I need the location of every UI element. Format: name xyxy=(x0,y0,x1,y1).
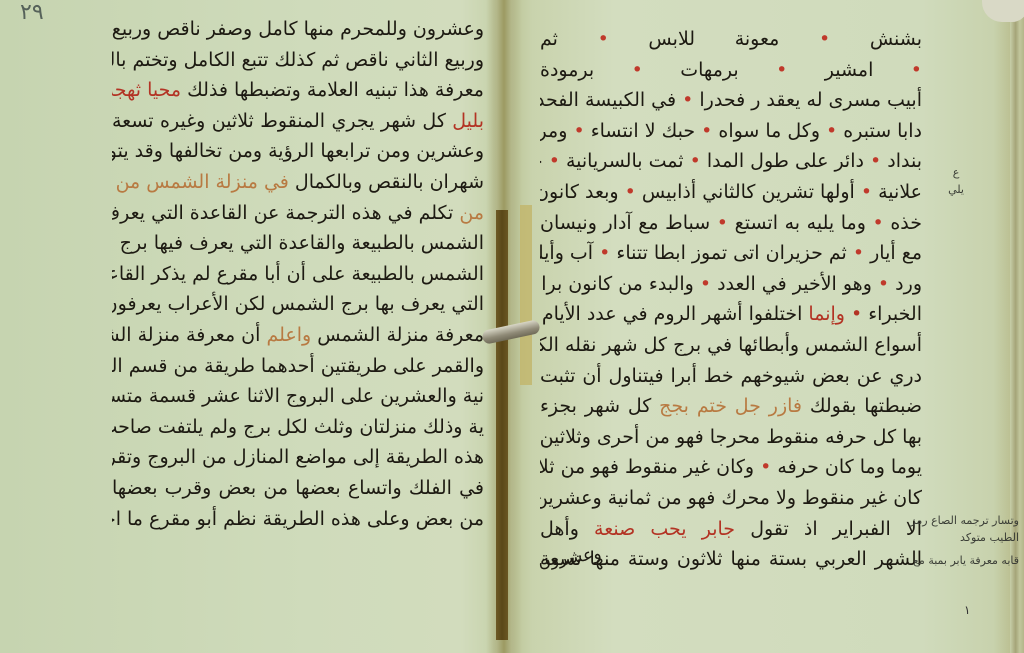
rubric-ochre: من xyxy=(459,202,484,224)
text-line: من بعض وعلى هذه الطريقة نظم أبو مقرع ما … xyxy=(112,504,484,535)
margin-note-bottom: وتسار ترجمه الصاع رمزالطيب متوكدقابه معر… xyxy=(895,512,1019,569)
text-line: الا الفبراير اذ تقول جابر يحب صنعة وأهل xyxy=(540,514,922,545)
red-verse-marker: • xyxy=(549,150,560,172)
red-verse-marker: • xyxy=(682,89,693,111)
margin-note-top: عيلي xyxy=(936,164,976,198)
text-line: أسواع الشمس وأبطائها في برج كل شهر نقله … xyxy=(540,330,922,361)
rubric-ochre: في منزلة الشمس من جهة xyxy=(112,171,289,193)
red-verse-marker: • xyxy=(911,59,922,81)
text-segment: والقمر على طريقتين أحدهما طريقة من قسم ا… xyxy=(112,355,484,377)
text-segment: التي يعرف بها برج الشمس لكن الأعراب يعرف… xyxy=(112,293,484,315)
text-segment: أولها تشرين كالثاني أذابيس xyxy=(636,181,861,203)
text-segment: أن معرفة منزلة الشمس xyxy=(112,324,266,346)
folio-number: ٢٩ xyxy=(20,0,44,25)
text-line: هذه الطريقة إلى مواضع المنازل من البروج … xyxy=(112,442,484,473)
text-line: والقمر على طريقتين أحدهما طريقة من قسم ا… xyxy=(112,351,484,382)
text-segment: ية وذلك منزلتان وثلث لكل برج ولم يلتفت ص… xyxy=(112,416,484,438)
text-segment: معونة للابس xyxy=(609,28,819,50)
left-page-text: وعشرون وللمحرم منها كامل وصفر ناقص وربيع… xyxy=(112,14,484,534)
rubric-red: بليل xyxy=(452,110,484,132)
text-line: كان غير منقوط ولا محرك فهو من ثمانية وعش… xyxy=(540,483,922,514)
text-segment: ثم حزيران اتى تموز ابطا تتناء xyxy=(610,242,853,264)
rubric-red: جابر يحب صنعة xyxy=(594,518,735,540)
text-segment: هذه الطريقة إلى مواضع المنازل من البروج … xyxy=(112,446,484,468)
text-segment: امشير xyxy=(787,59,910,81)
text-line: أبيب مسرى له يعقد ر فحدرا • في الكبيسة ا… xyxy=(540,85,922,116)
text-segment: ورد xyxy=(889,273,922,295)
gutter-repair-tape xyxy=(496,210,508,640)
text-segment: ومراغشت لا xyxy=(540,120,573,142)
margin-note-line: ع xyxy=(936,164,976,181)
rubric-ochre: واعلم xyxy=(266,324,311,346)
text-segment: الا الفبراير اذ تقول xyxy=(735,518,922,540)
text-line: دري عن بعض شيوخهم خط أبرا فيتناول أن تثب… xyxy=(540,361,922,392)
text-line: بشنش • معونة للابس • ثم xyxy=(540,24,922,55)
red-verse-marker: • xyxy=(878,273,889,295)
bottom-mark: ١ xyxy=(964,603,970,617)
text-segment: خذه xyxy=(884,212,922,234)
red-verse-marker: • xyxy=(760,456,771,478)
text-line: من تكلم في هذه الترجمة عن القاعدة التي ي… xyxy=(112,198,484,229)
text-line: وعشرين ومن ترابعها الرؤية ومن تخالفها وق… xyxy=(112,136,484,167)
rubric-red: محيا ثهجد xyxy=(112,79,181,101)
text-line: الشمس بالطبيعة والقاعدة التي يعرف فيها ب… xyxy=(112,228,484,259)
gutter-repair-tape-right xyxy=(520,205,532,385)
text-segment: ضبطتها بقولك xyxy=(802,395,922,417)
text-segment: دابا ستبره xyxy=(837,120,922,142)
text-line: مع أيار • ثم حزيران اتى تموز ابطا تتناء … xyxy=(540,238,922,269)
text-segment: كل شهر بجزء xyxy=(540,395,659,417)
text-segment: شهران بالنقص وبالكمال xyxy=(289,171,484,193)
text-line: ية وذلك منزلتان وثلث لكل برج ولم يلتفت ص… xyxy=(112,412,484,443)
text-segment: ثم xyxy=(540,28,598,50)
rubric-ochre: فازر جل ختم بجج xyxy=(659,395,802,417)
text-line: في الفلك واتساع بعضها من بعض وقرب بعضها xyxy=(112,473,484,504)
text-segment: سباط مع آدار ونيسان xyxy=(540,212,717,234)
text-line: معرفة منزلة الشمس واعلم أن معرفة منزلة ا… xyxy=(112,320,484,351)
text-line: معرفة هذا تبنيه العلامة وتضبطها فذلك محي… xyxy=(112,75,484,106)
text-segment: معرفة هذا تبنيه العلامة وتضبطها فذلك xyxy=(181,79,484,101)
text-segment: الشمس بالطبيعة على أن أبا مقرع لم يذكر ا… xyxy=(112,263,484,285)
text-segment: دائر على طول المدا xyxy=(701,150,870,172)
text-segment: معرفة منزلة الشمس xyxy=(311,324,484,346)
text-segment: وكان غير منقوط فهو من ثلاثين وما xyxy=(540,456,760,478)
text-segment: بنداد xyxy=(881,150,922,172)
text-segment: أبيب مسرى له يعقد ر فحدرا xyxy=(693,89,922,111)
text-segment: والبدء من كانون برا xyxy=(540,273,700,295)
text-line: يوما وما كان حرفه • وكان غير منقوط فهو م… xyxy=(540,452,922,483)
text-segment: تكلم في هذه الترجمة عن القاعدة التي يعرف… xyxy=(112,202,459,224)
text-line: نية والعشرين على البروج الاثنا عشر قسمة … xyxy=(112,381,484,412)
red-verse-marker: • xyxy=(632,59,643,81)
red-verse-marker: • xyxy=(819,28,830,50)
text-segment: أسواع الشمس وأبطائها في برج كل شهر نقله … xyxy=(540,334,922,356)
margin-note-line: وتسار ترجمه الصاع رمز xyxy=(895,512,1019,529)
text-line: بها كل حرفه منقوط محرجا فهو من أحرى وثلا… xyxy=(540,422,922,453)
text-line: • امشير • برمهات • برمودة xyxy=(540,55,922,86)
manuscript-spread: ٢٩ وعشرون وللمحرم منها كامل وصفر ناقص ور… xyxy=(0,0,1024,653)
red-verse-marker: • xyxy=(690,150,701,172)
margin-note-line: الطيب متوكد xyxy=(895,529,1019,546)
red-verse-marker: • xyxy=(853,242,864,264)
text-segment: خذ ها على xyxy=(540,150,549,172)
red-verse-marker: • xyxy=(873,212,884,234)
text-segment: برمهات xyxy=(643,59,776,81)
text-segment: الخبراء xyxy=(862,303,922,325)
text-line: وربيع الثاني ناقص ثم كذلك تتبع الكامل وت… xyxy=(112,45,484,76)
text-line: دابا ستبره • وكل ما سواه • حبك لا انتساء… xyxy=(540,116,922,147)
text-segment: كل شهر يجري المنقوط ثلاثين وغيره تسعة xyxy=(112,110,452,132)
text-line: الخبراء • وإنما اختلفوا أشهر الروم في عد… xyxy=(540,299,922,330)
text-segment: ثمت بالسريانية xyxy=(560,150,690,172)
right-page-text: بشنش • معونة للابس • ثم• امشير • برمهات … xyxy=(540,24,922,575)
text-line: شهران بالنقص وبالكمال في منزلة الشمس من … xyxy=(112,167,484,198)
text-segment: برمودة xyxy=(540,59,632,81)
text-line: بليل كل شهر يجري المنقوط ثلاثين وغيره تس… xyxy=(112,106,484,137)
text-segment: بشنش xyxy=(830,28,922,50)
text-segment: اختلفوا أشهر الروم في عدد الأيام بحسب xyxy=(540,303,808,325)
rubric-red: • وإنما xyxy=(808,303,862,325)
text-line: علانية • أولها تشرين كالثاني أذابيس • وب… xyxy=(540,177,922,208)
text-segment: وبعد كانون xyxy=(540,181,625,203)
text-line: التي يعرف بها برج الشمس لكن الأعراب يعرف… xyxy=(112,289,484,320)
text-line: بنداد • دائر على طول المدا • ثمت بالسريا… xyxy=(540,146,922,177)
text-segment: وعشرون وللمحرم منها كامل وصفر ناقص وربيع… xyxy=(112,18,484,40)
text-segment: من بعض وعلى هذه الطريقة نظم أبو مقرع ما … xyxy=(112,508,484,530)
red-verse-marker: • xyxy=(599,242,610,264)
red-verse-marker: • xyxy=(701,120,712,142)
text-line: خذه • وما يليه به اتستع • سباط مع آدار و… xyxy=(540,208,922,239)
text-line: ورد • وهو الأخير في العدد • والبدء من كا… xyxy=(540,269,922,300)
red-verse-marker: • xyxy=(826,120,837,142)
margin-note-line: يلي xyxy=(936,181,976,198)
text-segment: في الفلك واتساع بعضها من بعض وقرب بعضها xyxy=(112,477,484,499)
text-segment: كان غير منقوط ولا محرك فهو من ثمانية وعش… xyxy=(540,487,922,509)
text-segment: مع أيار xyxy=(864,242,922,264)
text-segment: وربيع الثاني ناقص ثم كذلك تتبع الكامل وت… xyxy=(112,49,484,71)
text-segment: وكل ما سواه xyxy=(712,120,826,142)
red-verse-marker: • xyxy=(870,150,881,172)
text-segment: يوما وما كان حرفه xyxy=(771,456,922,478)
red-verse-marker: • xyxy=(598,28,609,50)
text-segment: دري عن بعض شيوخهم خط أبرا فيتناول أن تثب… xyxy=(540,365,922,387)
margin-note-line: قابه معرفة يابر بمبة مع xyxy=(895,552,1019,569)
red-verse-marker: • xyxy=(700,273,711,295)
text-segment: علانية xyxy=(872,181,922,203)
text-segment: بها كل حرفه منقوط محرجا فهو من أحرى وثلا… xyxy=(540,426,922,448)
text-segment: في الكبيسة الفحدرة xyxy=(540,89,682,111)
red-verse-marker: • xyxy=(717,212,728,234)
text-line: وعشرون وللمحرم منها كامل وصفر ناقص وربيع… xyxy=(112,14,484,45)
text-segment: وعشرين ومن ترابعها الرؤية ومن تخالفها وق… xyxy=(112,140,484,162)
text-segment: وأهل xyxy=(540,518,594,540)
text-segment: الشمس بالطبيعة والقاعدة التي يعرف فيها ب… xyxy=(112,232,484,254)
text-segment: حبك لا انتساء xyxy=(585,120,701,142)
red-verse-marker: • xyxy=(776,59,787,81)
text-segment: نية والعشرين على البروج الاثنا عشر قسمة … xyxy=(112,385,484,407)
text-segment: آب وأيلول xyxy=(540,242,599,264)
red-verse-marker: • xyxy=(625,181,636,203)
text-segment: وما يليه به اتستع xyxy=(728,212,872,234)
red-verse-marker: • xyxy=(573,120,584,142)
text-segment: وهو الأخير في العدد xyxy=(711,273,878,295)
red-verse-marker: • xyxy=(861,181,872,203)
text-line: ضبطتها بقولك فازر جل ختم بجج كل شهر بجزء xyxy=(540,391,922,422)
text-line: الشمس بالطبيعة على أن أبا مقرع لم يذكر ا… xyxy=(112,259,484,290)
